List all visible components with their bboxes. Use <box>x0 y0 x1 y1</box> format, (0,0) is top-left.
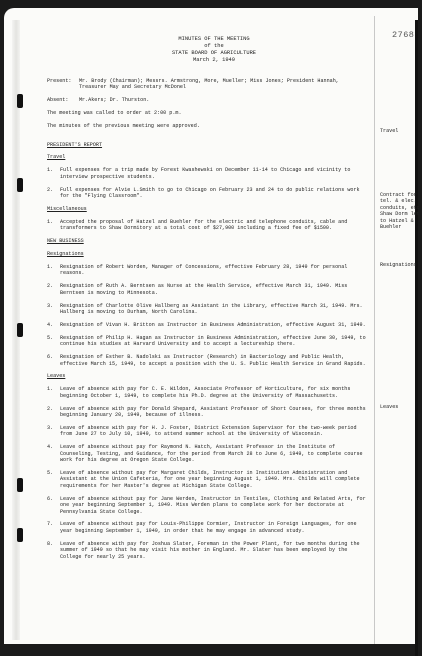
margin-note-leaves: Leaves <box>380 404 422 410</box>
travel-list: 1.Full expenses for a trip made by Fores… <box>47 167 369 199</box>
list-item: 6.Resignation of Esther B. Nadolski as I… <box>47 354 369 367</box>
subsection-travel: Travel <box>47 154 369 160</box>
call-to-order: The meeting was called to order at 2:00 … <box>47 110 369 116</box>
list-item: 1.Leave of absence with pay for C. E. Wi… <box>47 386 369 399</box>
page-edge <box>415 20 418 650</box>
title-line: MINUTES OF THE MEETING <box>4 36 422 43</box>
margin-note-resignations: Resignations <box>380 262 422 268</box>
leaves-list: 1.Leave of absence with pay for C. E. Wi… <box>47 386 369 560</box>
absent-text: Mr.Akers; Dr. Thurston. <box>79 97 149 103</box>
list-item: 1.Resignation of Robert Worden, Manager … <box>47 264 369 277</box>
title-line: of the <box>4 43 422 50</box>
absent-label: Absent: <box>47 97 79 103</box>
subsection-leaves: Leaves <box>47 373 369 379</box>
document-page: 2768 MINUTES OF THE MEETING of the STATE… <box>4 8 418 644</box>
section-new-business: NEW BUSINESS <box>47 238 369 244</box>
minutes-approved: The minutes of the previous meeting were… <box>47 123 369 129</box>
list-item: 4.Leave of absence without pay for Raymo… <box>47 444 369 463</box>
list-item: 6.Leave of absence without pay for Jane … <box>47 496 369 515</box>
margin-note-contract: Contract for tel. & elec. conduits, etc … <box>380 192 422 230</box>
list-item: 7.Leave of absence without pay for Louis… <box>47 521 369 534</box>
list-item: 3.Leave of absence with pay for H. J. Fo… <box>47 425 369 438</box>
punch-hole <box>17 323 23 337</box>
title-line: STATE BOARD OF AGRICULTURE <box>4 50 422 57</box>
resignations-list: 1.Resignation of Robert Worden, Manager … <box>47 264 369 367</box>
present-label: Present: <box>47 78 79 91</box>
section-presidents-report: PRESIDENT'S REPORT <box>47 142 369 148</box>
punch-hole <box>17 94 23 108</box>
present-text: Mr. Brody (Chairman); Messrs. Armstrong,… <box>79 78 369 91</box>
list-item: 1.Full expenses for a trip made by Fores… <box>47 167 369 180</box>
list-item: 5.Resignation of Philip H. Hagan as Inst… <box>47 335 369 348</box>
list-item: 2.Leave of absence with pay for Donald S… <box>47 406 369 419</box>
list-item: 2.Resignation of Ruth A. Berntsen as Nur… <box>47 283 369 296</box>
punch-hole <box>17 178 23 192</box>
meeting-date: March 2, 1949 <box>4 57 422 64</box>
margin-note-travel: Travel <box>380 128 422 134</box>
document-title: MINUTES OF THE MEETING of the STATE BOAR… <box>4 36 422 64</box>
punch-hole <box>17 478 23 492</box>
list-item: 3.Resignation of Charlotte Olive Hallber… <box>47 303 369 316</box>
list-item: 5.Leave of absence without pay for Marga… <box>47 470 369 489</box>
misc-list: 1.Accepted the proposal of Hatzel and Bu… <box>47 219 369 232</box>
minutes-body: Present: Mr. Brody (Chairman); Messrs. A… <box>47 78 369 567</box>
list-item: 2.Full expenses for Alvie L.Smith to go … <box>47 187 369 200</box>
list-item: 1.Accepted the proposal of Hatzel and Bu… <box>47 219 369 232</box>
margin-rule <box>374 16 375 644</box>
list-item: 8.Leave of absence with pay for Joshua S… <box>47 541 369 560</box>
present-row: Present: Mr. Brody (Chairman); Messrs. A… <box>47 78 369 91</box>
subsection-miscellaneous: Miscellaneous <box>47 206 369 212</box>
list-item: 4.Resignation of Vivan H. Britton as Ins… <box>47 322 369 328</box>
punch-hole <box>17 528 23 542</box>
subsection-resignations: Resignations <box>47 251 369 257</box>
absent-row: Absent: Mr.Akers; Dr. Thurston. <box>47 97 369 103</box>
